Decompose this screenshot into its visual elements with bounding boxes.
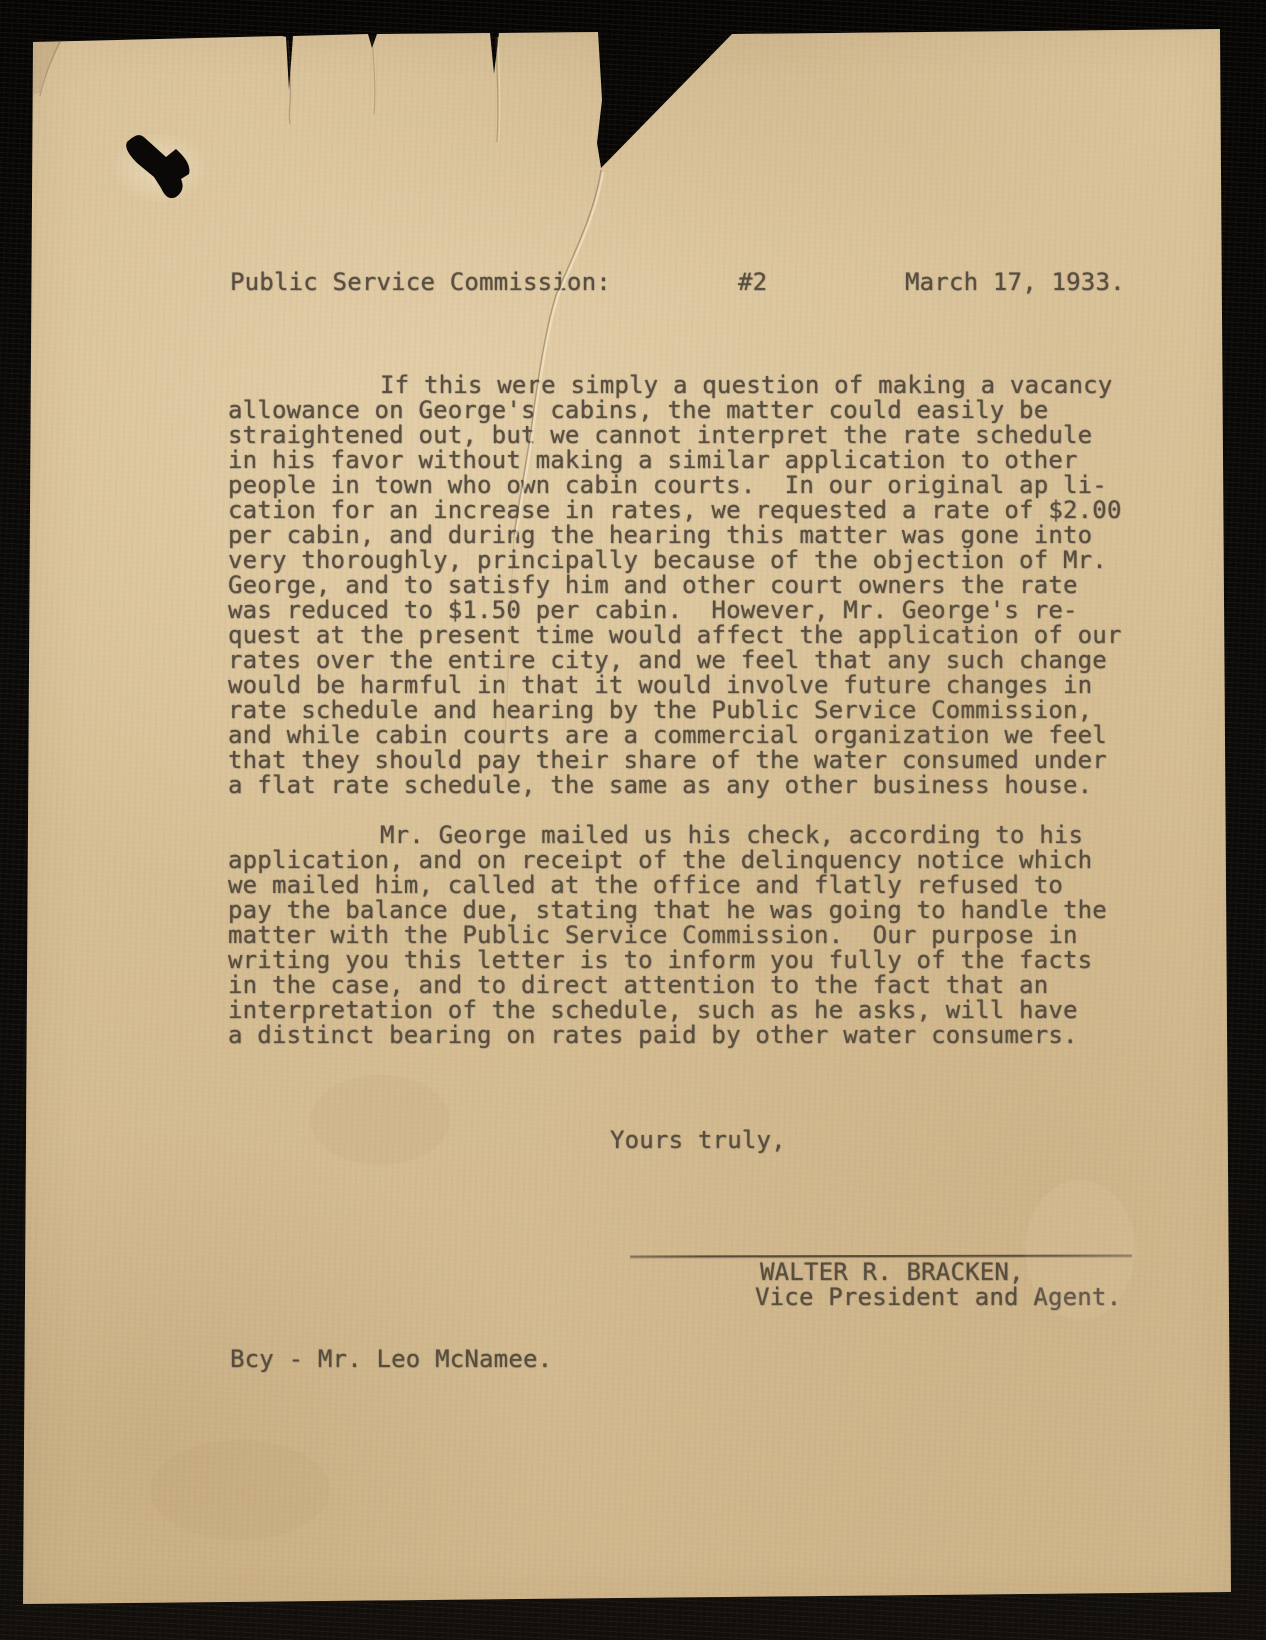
copy-notation: Bcy - Mr. Leo McNamee. [230, 1347, 552, 1372]
body-paragraph-1: If this were simply a question of making… [228, 373, 1122, 798]
typewritten-text-layer: Public Service Commission: #2 March 17, … [0, 0, 1266, 1640]
signatory-name: WALTER R. BRACKEN, [760, 1260, 1024, 1285]
valediction: Yours truly, [610, 1128, 786, 1153]
recipient-line: Public Service Commission: [230, 270, 611, 295]
body-paragraph-2: Mr. George mailed us his check, accordin… [228, 823, 1107, 1048]
scanned-letter-page: Public Service Commission: #2 March 17, … [0, 0, 1266, 1640]
date-line: March 17, 1933. [905, 270, 1125, 295]
signatory-title: Vice President and Agent. [755, 1285, 1121, 1310]
page-number: #2 [738, 270, 767, 295]
